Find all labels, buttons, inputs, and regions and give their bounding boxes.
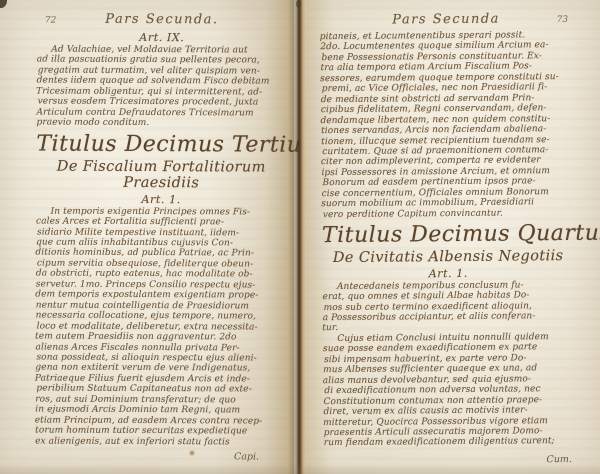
left-subtitle-line2: Praesidiis <box>36 175 286 193</box>
left-catchword: Capi. <box>234 451 259 462</box>
manuscript-line: citer non adimpleverint, comperta re evi… <box>321 155 573 168</box>
left-running-header: 72 Pars Secunda. <box>37 12 287 31</box>
manuscript-line: mitteretur, Quocirca Possessoribus vigor… <box>323 415 575 428</box>
left-page-number: 72 <box>45 16 56 26</box>
left-subtitle-line1: De Fiscalium Fortalitiorum <box>36 158 286 176</box>
manuscript-line: mos sub certo termino exaedificent alioq… <box>324 300 576 313</box>
title-decimus-quartus: Titulus Decimus Quartus <box>322 221 574 248</box>
manuscript-line: bene Possessionatis Personis constituant… <box>321 51 573 64</box>
right-article-1-para1: Antecedaneis temporibus conclusum fu-era… <box>322 280 574 334</box>
title-decimus-tertius: Titulus Decimus Tertius <box>36 131 286 157</box>
right-subtitle: De Civitatis Albensis Negotiis <box>322 248 574 267</box>
right-continuation-body: pitaneis, et Locumtenentibus sperari pos… <box>320 30 574 220</box>
left-running-header-title: Pars Secunda. <box>37 12 287 28</box>
manuscript-line: rum fiendam exaedificationem diligentius… <box>324 436 576 449</box>
right-catchword: Cum. <box>546 454 572 465</box>
article-ix-body: Ad Valachiae, vel Moldaviae Territoria a… <box>36 45 286 130</box>
manuscript-line: etiam Principum, ad easdem Arces contra … <box>35 415 285 427</box>
right-page-number: 73 <box>557 15 569 25</box>
left-subtitle: De Fiscalium Fortalitiorum Praesidiis <box>36 158 286 192</box>
left-article-1-body: In temporis exigentia Principes omnes Fi… <box>35 206 286 448</box>
manuscript-line: pitaneis, et Locumtenentibus sperari pos… <box>320 30 572 43</box>
manuscript-line: peribilium Statuum Capitaneatus non ad e… <box>36 384 286 396</box>
manuscript-line: Ad Valachiae, vel Moldaviae Territoria a… <box>36 45 286 57</box>
article-ix-heading: Art. IX. <box>37 31 287 45</box>
manuscript-line: da obstricti, rupto eatenus, hac modalit… <box>36 269 286 281</box>
manuscript-line: praevio modo conditum. <box>36 118 286 130</box>
left-article-1-heading: Art. 1. <box>36 192 286 206</box>
manuscript-line: Cujus etiam Conclusi intuitu nonnulli qu… <box>322 332 574 345</box>
manuscript-line: Antecedaneis temporibus conclusum fu- <box>322 280 574 293</box>
manuscript-line: di exaedificationum non adversa voluntas… <box>324 384 576 397</box>
manuscript-line: sona possideat, si alioquin respectu eju… <box>36 352 286 364</box>
manuscript-line: ex alienigenis, aut ex inferiori statu f… <box>35 436 285 448</box>
manuscript-line: dendamque libertatem, nec non quidem con… <box>320 114 572 127</box>
right-running-header-title: Pars Secunda <box>320 11 572 28</box>
manuscript-line: vero perditione Capitum convincantur. <box>323 208 575 221</box>
right-running-header: Pars Secunda 73 <box>320 11 572 31</box>
manuscript-line: cipum servitia obsequiose, fideliterque … <box>37 258 287 270</box>
right-page-content: Pars Secunda 73 pitaneis, et Locumtenent… <box>304 0 600 474</box>
manuscript-line: gregatim aut turmatim, vel aliter quispi… <box>38 65 288 77</box>
right-article-1-para2: Cujus etiam Conclusi intuitu nonnulli qu… <box>323 332 576 449</box>
manuscript-line: versus eosdem Tricesimatores procedent, … <box>38 97 288 109</box>
left-page-content: 72 Pars Secunda. Art. IX. Ad Valachiae, … <box>0 0 295 474</box>
open-book-photo: 72 Pars Secunda. Art. IX. Ad Valachiae, … <box>0 0 600 474</box>
manuscript-line: Bonorum ad easdem pertinentium ipsos pra… <box>322 176 574 189</box>
manuscript-line: torum hominum tutior securitas expedieti… <box>35 426 285 438</box>
right-page: Pars Secunda 73 pitaneis, et Locumtenent… <box>306 0 600 474</box>
manuscript-line: sidiario Milite tempestive instituant, i… <box>37 227 287 239</box>
manuscript-line: tem autem Praesidiis non aggraventur. 2d… <box>35 332 285 344</box>
right-article-1-heading: Art. 1. <box>322 266 574 281</box>
manuscript-line: In temporis exigentia Principes omnes Fi… <box>36 206 286 218</box>
manuscript-line: sibi impensam habuerint, ex parte vero D… <box>324 353 576 366</box>
manuscript-line: premi, ac Vice Officiales, nec non Praes… <box>322 82 574 95</box>
left-page: 72 Pars Secunda. Art. IX. Ad Valachiae, … <box>0 0 294 474</box>
manuscript-line: dem temporis expostulantem exigentiam pr… <box>35 290 285 302</box>
